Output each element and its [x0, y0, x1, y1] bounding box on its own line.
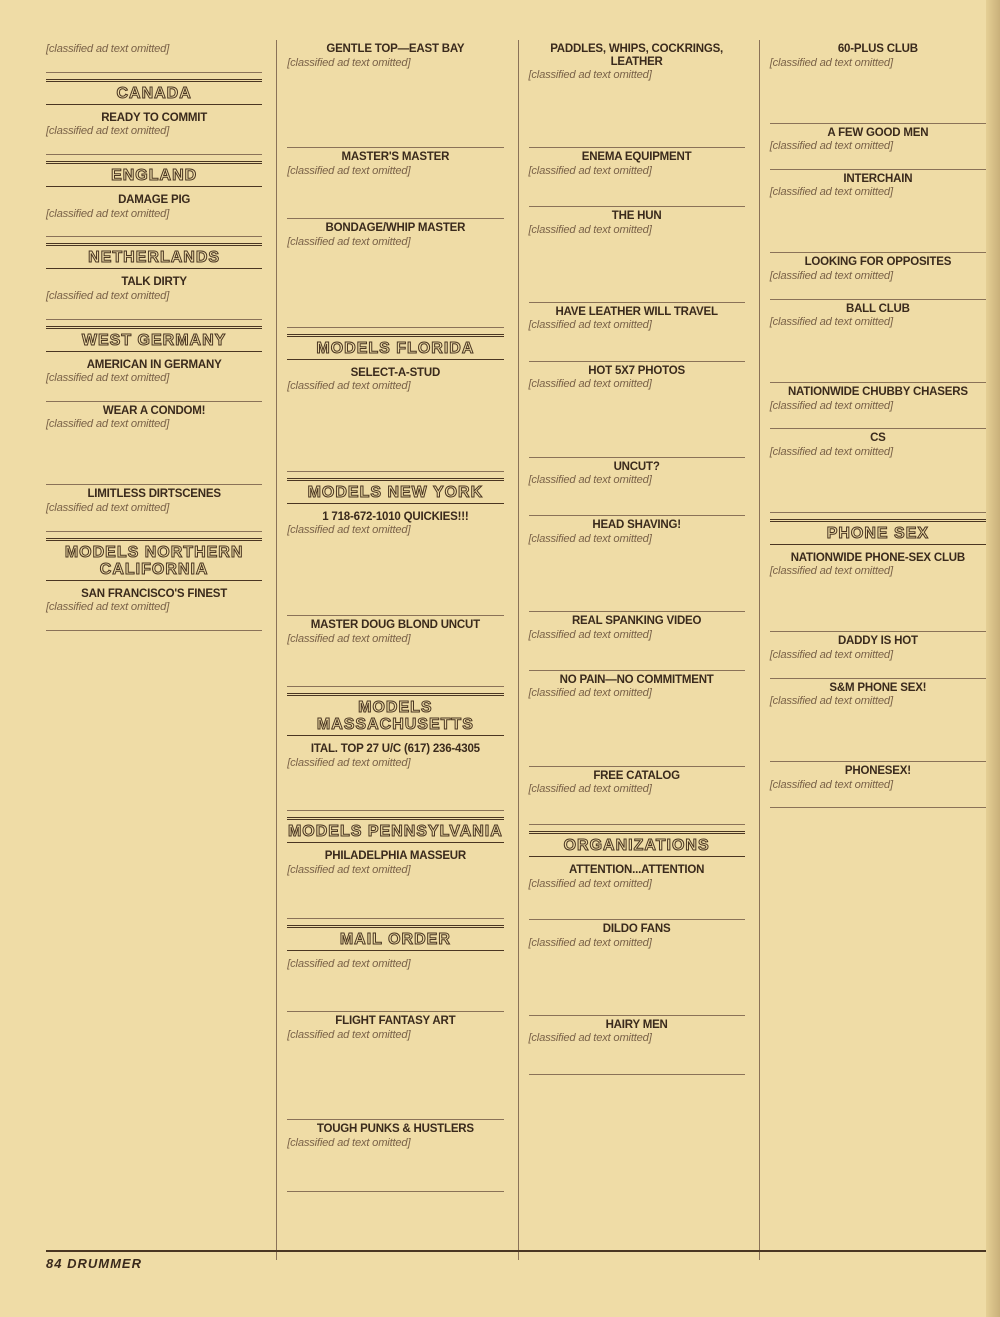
- ad-body: [classified ad text omitted]: [287, 380, 503, 467]
- ad-body: [classified ad text omitted]: [770, 186, 986, 248]
- section-banner: Models Northern California: [46, 538, 262, 581]
- classified-ad: Head Shaving![classified ad text omitted…: [529, 516, 745, 612]
- ad-body: [classified ad text omitted]: [529, 69, 745, 143]
- ad-headline: 1 718-672-1010 Quickies!!!: [287, 511, 503, 524]
- ad-body: [classified ad text omitted]: [529, 378, 745, 452]
- ad-headline: CS: [770, 432, 986, 445]
- classified-ad: [classified ad text omitted]: [287, 955, 503, 1013]
- ad-body: [classified ad text omitted]: [770, 57, 986, 119]
- ad-headline: Philadelphia Masseur: [287, 850, 503, 863]
- ad-body: [classified ad text omitted]: [529, 533, 745, 607]
- ad-headline: 60-Plus Club: [770, 43, 986, 56]
- binding-gutter: [986, 0, 1000, 1317]
- classified-ad: Tough Punks & Hustlers[classified ad tex…: [287, 1120, 503, 1191]
- classified-ad: Wear a Condom![classified ad text omitte…: [46, 402, 262, 486]
- ad-body: [classified ad text omitted]: [770, 400, 986, 425]
- ad-body: [classified ad text omitted]: [529, 783, 745, 820]
- ad-headline: Interchain: [770, 173, 986, 186]
- classified-ad: Have Leather Will Travel[classified ad t…: [529, 303, 745, 362]
- ad-headline: Nationwide Phone-Sex Club: [770, 552, 986, 565]
- ad-headline: American in Germany: [46, 359, 262, 372]
- classified-ad: The Hun[classified ad text omitted]: [529, 207, 745, 303]
- column-1: [classified ad text omitted]CanadaReady …: [46, 40, 262, 1260]
- ad-headline: Bondage/Whip Master: [287, 222, 503, 235]
- classified-ad: Hot 5x7 Photos[classified ad text omitte…: [529, 362, 745, 458]
- ad-body: [classified ad text omitted]: [46, 601, 262, 626]
- classified-ad: 60-Plus Club[classified ad text omitted]: [770, 40, 986, 124]
- ad-headline: Daddy Is Hot: [770, 635, 986, 648]
- ad-headline: Real Spanking Video: [529, 615, 745, 628]
- classified-ad: Attention...Attention[classified ad text…: [529, 861, 745, 920]
- ad-body: [classified ad text omitted]: [529, 937, 745, 1011]
- ad-body: [classified ad text omitted]: [529, 319, 745, 356]
- ad-headline: Ball Club: [770, 303, 986, 316]
- section-banner: Organizations: [529, 831, 745, 857]
- ad-body: [classified ad text omitted]: [529, 687, 745, 761]
- section-banner: Models Pennsylvania: [287, 817, 503, 843]
- ad-body: [classified ad text omitted]: [770, 270, 986, 295]
- ad-body: [classified ad text omitted]: [529, 165, 745, 202]
- page-number: 84: [46, 1256, 62, 1271]
- ad-body: [classified ad text omitted]: [287, 1029, 503, 1116]
- classified-ad: Flight Fantasy Art[classified ad text om…: [287, 1012, 503, 1120]
- ad-headline: The Hun: [529, 210, 745, 223]
- classified-ad: Nationwide Chubby Chasers[classified ad …: [770, 383, 986, 429]
- ad-body: [classified ad text omitted]: [770, 565, 986, 627]
- ad-headline: Damage Pig: [46, 194, 262, 207]
- ad-body: [classified ad text omitted]: [529, 224, 745, 298]
- classified-ad: Gentle Top—East Bay[classified ad text o…: [287, 40, 503, 148]
- classified-ad: No Pain—No Commitment[classified ad text…: [529, 671, 745, 767]
- section-banner: West Germany: [46, 326, 262, 352]
- classified-ad: Dildo Fans[classified ad text omitted]: [529, 920, 745, 1016]
- ad-headline: Talk Dirty: [46, 276, 262, 289]
- classified-ad: Philadelphia Masseur[classified ad text …: [287, 847, 503, 918]
- ad-body: [classified ad text omitted]: [46, 418, 262, 480]
- ad-body: [classified ad text omitted]: [287, 958, 503, 1008]
- classified-ad: Damage Pig[classified ad text omitted]: [46, 191, 262, 237]
- ad-body: [classified ad text omitted]: [529, 474, 745, 511]
- classified-ad: Ital. Top 27 U/C (617) 236-4305[classifi…: [287, 740, 503, 811]
- classified-ad: Free Catalog[classified ad text omitted]: [529, 767, 745, 826]
- ad-body: [classified ad text omitted]: [529, 1032, 745, 1069]
- ad-body: [classified ad text omitted]: [529, 878, 745, 915]
- ad-headline: Flight Fantasy Art: [287, 1015, 503, 1028]
- ad-headline: Master Doug Blond Uncut: [287, 619, 503, 632]
- section-banner: Mail Order: [287, 925, 503, 951]
- classified-ad: A Few Good Men[classified ad text omitte…: [770, 124, 986, 170]
- ad-headline: No Pain—No Commitment: [529, 674, 745, 687]
- column-3: Paddles, Whips, Cockrings, Leather[class…: [518, 40, 745, 1260]
- ad-body: [classified ad text omitted]: [770, 649, 986, 674]
- section-banner: Models Massachusetts: [287, 693, 503, 736]
- footer-rule: [46, 1250, 986, 1252]
- ad-headline: Hairy Men: [529, 1019, 745, 1032]
- ad-headline: Have Leather Will Travel: [529, 306, 745, 319]
- classified-ad: Master Doug Blond Uncut[classified ad te…: [287, 616, 503, 687]
- classified-ad: Uncut?[classified ad text omitted]: [529, 458, 745, 517]
- ad-body: [classified ad text omitted]: [770, 779, 986, 804]
- classified-ad: 1 718-672-1010 Quickies!!![classified ad…: [287, 508, 503, 616]
- ad-body: [classified ad text omitted]: [287, 757, 503, 807]
- ad-body: [classified ad text omitted]: [287, 1137, 503, 1187]
- ad-headline: Attention...Attention: [529, 864, 745, 877]
- classified-ad: American in Germany[classified ad text o…: [46, 356, 262, 402]
- ad-body: [classified ad text omitted]: [770, 446, 986, 508]
- classifieds-page: [classified ad text omitted]CanadaReady …: [46, 40, 986, 1260]
- ad-body: [classified ad text omitted]: [46, 208, 262, 233]
- classified-ad: Looking for Opposites[classified ad text…: [770, 253, 986, 299]
- ad-headline: Enema Equipment: [529, 151, 745, 164]
- classified-ad: CS[classified ad text omitted]: [770, 429, 986, 513]
- ad-headline: Gentle Top—East Bay: [287, 43, 503, 56]
- classified-ad: Interchain[classified ad text omitted]: [770, 170, 986, 254]
- classified-ad: Talk Dirty[classified ad text omitted]: [46, 273, 262, 319]
- ad-headline: Free Catalog: [529, 770, 745, 783]
- ad-headline: Tough Punks & Hustlers: [287, 1123, 503, 1136]
- ad-body: [classified ad text omitted]: [287, 864, 503, 914]
- ad-body: [classified ad text omitted]: [46, 372, 262, 397]
- ad-body: [classified ad text omitted]: [529, 629, 745, 666]
- section-banner: England: [46, 161, 262, 187]
- column-2: Gentle Top—East Bay[classified ad text o…: [276, 40, 503, 1260]
- classified-ad: S&M Phone Sex![classified ad text omitte…: [770, 679, 986, 763]
- folio: 84 DRUMMER: [46, 1256, 142, 1271]
- section-banner: Netherlands: [46, 243, 262, 269]
- classified-ad: Nationwide Phone-Sex Club[classified ad …: [770, 549, 986, 633]
- classified-ad: Real Spanking Video[classified ad text o…: [529, 612, 745, 671]
- ad-headline: Limitless Dirtscenes: [46, 488, 262, 501]
- ad-body: [classified ad text omitted]: [46, 43, 262, 68]
- ad-body: [classified ad text omitted]: [287, 165, 503, 215]
- classified-ad: San Francisco's Finest[classified ad tex…: [46, 585, 262, 631]
- ad-body: [classified ad text omitted]: [770, 140, 986, 165]
- publication-name: DRUMMER: [67, 1256, 142, 1271]
- ad-headline: Wear a Condom!: [46, 405, 262, 418]
- ad-headline: Uncut?: [529, 461, 745, 474]
- classified-ad: Daddy Is Hot[classified ad text omitted]: [770, 632, 986, 678]
- ad-body: [classified ad text omitted]: [46, 502, 262, 527]
- ad-headline: S&M Phone Sex!: [770, 682, 986, 695]
- ad-headline: Paddles, Whips, Cockrings, Leather: [529, 43, 745, 68]
- classified-ad: Phonesex![classified ad text omitted]: [770, 762, 986, 808]
- section-banner: Phone Sex: [770, 519, 986, 545]
- classified-ad: Limitless Dirtscenes[classified ad text …: [46, 485, 262, 531]
- section-banner: Models New York: [287, 478, 503, 504]
- section-banner: Canada: [46, 79, 262, 105]
- ad-headline: Head Shaving!: [529, 519, 745, 532]
- ad-headline: San Francisco's Finest: [46, 588, 262, 601]
- ad-body: [classified ad text omitted]: [770, 695, 986, 757]
- ad-body: [classified ad text omitted]: [46, 290, 262, 315]
- ad-headline: Nationwide Chubby Chasers: [770, 386, 986, 399]
- ad-body: [classified ad text omitted]: [46, 125, 262, 150]
- ad-body: [classified ad text omitted]: [287, 236, 503, 323]
- column-4: 60-Plus Club[classified ad text omitted]…: [759, 40, 986, 1260]
- classified-ad: Select-A-Stud[classified ad text omitted…: [287, 364, 503, 472]
- ad-headline: Hot 5x7 Photos: [529, 365, 745, 378]
- ad-headline: Looking for Opposites: [770, 256, 986, 269]
- section-banner: Models Florida: [287, 334, 503, 360]
- classified-ad: Bondage/Whip Master[classified ad text o…: [287, 219, 503, 327]
- classified-ad: Enema Equipment[classified ad text omitt…: [529, 148, 745, 207]
- ad-headline: Ready to Commit: [46, 112, 262, 125]
- classified-ad: Ball Club[classified ad text omitted]: [770, 300, 986, 384]
- ad-headline: Phonesex!: [770, 765, 986, 778]
- classified-ad: Hairy Men[classified ad text omitted]: [529, 1016, 745, 1075]
- ad-headline: Ital. Top 27 U/C (617) 236-4305: [287, 743, 503, 756]
- ad-headline: A Few Good Men: [770, 127, 986, 140]
- classified-ad: Ready to Commit[classified ad text omitt…: [46, 109, 262, 155]
- classified-ad: [classified ad text omitted]: [46, 40, 262, 73]
- ad-body: [classified ad text omitted]: [287, 57, 503, 144]
- ad-headline: Select-A-Stud: [287, 367, 503, 380]
- ad-headline: Master's Master: [287, 151, 503, 164]
- ad-headline: Dildo Fans: [529, 923, 745, 936]
- classified-ad: Paddles, Whips, Cockrings, Leather[class…: [529, 40, 745, 148]
- ad-body: [classified ad text omitted]: [287, 524, 503, 611]
- ad-body: [classified ad text omitted]: [287, 633, 503, 683]
- ad-body: [classified ad text omitted]: [770, 316, 986, 378]
- classified-ad: Master's Master[classified ad text omitt…: [287, 148, 503, 219]
